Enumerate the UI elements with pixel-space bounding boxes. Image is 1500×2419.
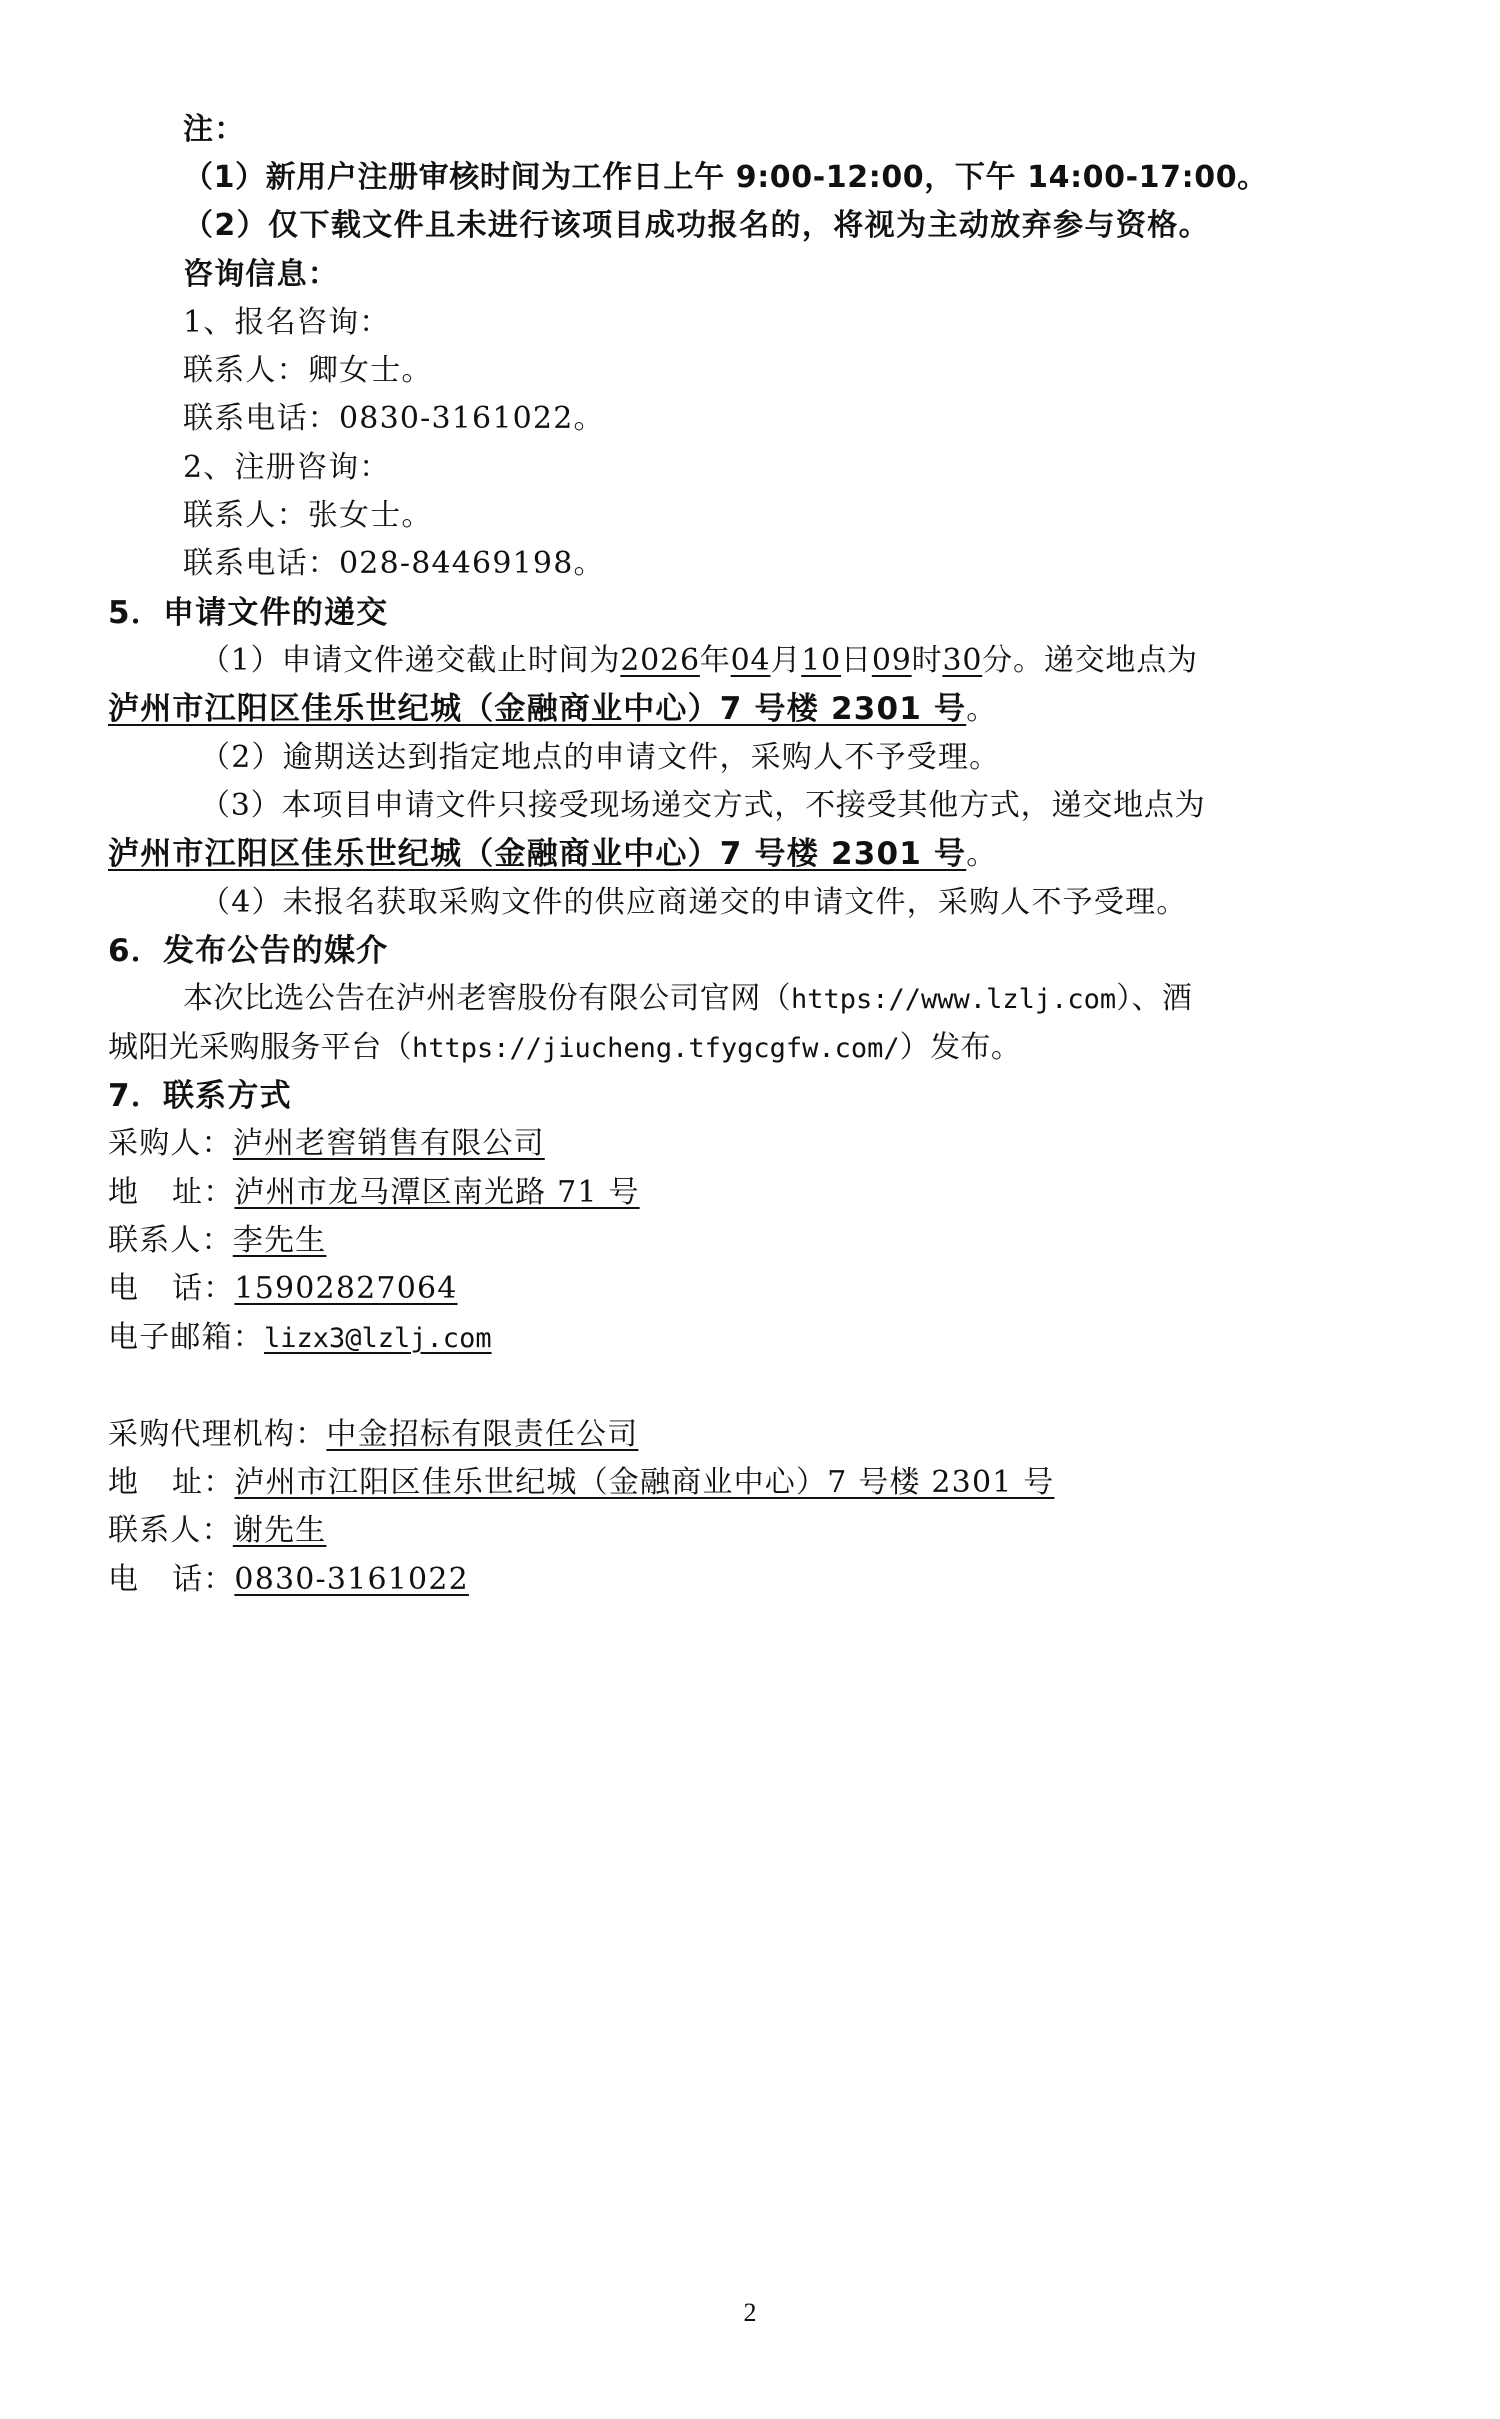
consult-group-2-phone: 联系电话：028-84469198。	[183, 542, 1480, 590]
purchaser-name: 泸州老窖销售有限公司	[233, 1126, 545, 1161]
purchaser-label: 采购人：	[108, 1126, 233, 1161]
consult-title: 咨询信息：	[183, 253, 1480, 301]
note-item-1: （1）新用户注册审核时间为工作日上午 9:00-12:00，下午 14:00-1…	[183, 156, 1480, 204]
media-text: ）发布。	[900, 1030, 1022, 1065]
year-unit: 年	[700, 643, 731, 678]
section-5-item-4: （4）未报名获取采购文件的供应商递交的申请文件，采购人不予受理。	[200, 881, 1497, 929]
phone-label: 联系电话：	[183, 401, 339, 436]
media-text: 本次比选公告在泸州老窖股份有限公司官网（	[183, 981, 791, 1016]
address-end-punct: 。	[966, 692, 997, 727]
contact-value: 卿女士。	[308, 353, 433, 388]
month-unit: 月	[770, 643, 801, 678]
purchaser-phone-row: 电话：15902827064	[108, 1267, 1405, 1315]
address-label: 地	[108, 1461, 172, 1505]
section-6-line-1: 本次比选公告在泸州老窖股份有限公司官网（https://www.lzlj.com…	[183, 977, 1480, 1025]
deadline-hour: 09	[872, 643, 912, 678]
url-lzlj[interactable]: https://www.lzlj.com	[791, 984, 1116, 1015]
media-text: ）、酒	[1116, 981, 1192, 1016]
section-5-item-1: （1）申请文件递交截止时间为2026年04月10日09时30分。递交地点为	[200, 639, 1497, 687]
deadline-year: 2026	[620, 643, 700, 678]
consult-group-1-phone: 联系电话：0830-3161022。	[183, 397, 1480, 445]
document-page: 注： （1）新用户注册审核时间为工作日上午 9:00-12:00，下午 14:0…	[0, 0, 1500, 2419]
phone-label: 电	[108, 1558, 172, 1602]
address-label: 地	[108, 1171, 172, 1215]
note-item-2: （2）仅下载文件且未进行该项目成功报名的，将视为主动放弃参与资格。	[183, 204, 1480, 252]
contact-label: 联系人：	[183, 498, 308, 533]
deadline-day: 10	[801, 643, 841, 678]
phone-label: 话：	[172, 1562, 234, 1597]
agency-phone-row: 电话：0830-3161022	[108, 1558, 1405, 1606]
agency-name-row: 采购代理机构：中金招标有限责任公司	[108, 1413, 1405, 1461]
purchaser-email-row: 电子邮箱：lizx3@lzlj.com	[108, 1316, 1405, 1364]
section-5-address-1: 泸州市江阳区佳乐世纪城（金融商业中心）7 号楼 2301 号。	[108, 687, 1405, 735]
agency-contact: 谢先生	[233, 1513, 327, 1548]
day-unit: 日	[841, 643, 872, 678]
consult-group-1-heading: 1、报名咨询：	[183, 301, 1480, 349]
deadline-prefix: （1）申请文件递交截止时间为	[200, 643, 620, 678]
section-6-line-2: 城阳光采购服务平台（https://jiucheng.tfygcgfw.com/…	[108, 1026, 1405, 1074]
purchaser-phone: 15902827064	[234, 1271, 457, 1306]
page-number: 2	[0, 2298, 1500, 2328]
agency-address: 泸州市江阳区佳乐世纪城（金融商业中心）7 号楼 2301 号	[234, 1465, 1054, 1500]
address-label: 址：	[172, 1465, 234, 1500]
phone-label: 联系电话：	[183, 546, 339, 581]
agency-label: 采购代理机构：	[108, 1417, 326, 1452]
agency-phone: 0830-3161022	[234, 1562, 469, 1597]
hour-unit: 时	[912, 643, 943, 678]
consult-group-1-contact: 联系人：卿女士。	[183, 349, 1480, 397]
submission-address: 泸州市江阳区佳乐世纪城（金融商业中心）7 号楼 2301 号	[108, 836, 966, 872]
minute-unit: 分。递交地点为	[982, 643, 1198, 678]
address-end-punct: 。	[966, 837, 997, 872]
agency-contact-row: 联系人：谢先生	[108, 1509, 1405, 1557]
contact-label: 联系人：	[108, 1223, 233, 1258]
phone-value: 0830-3161022。	[339, 401, 605, 436]
section-5-item-2: （2）逾期送达到指定地点的申请文件，采购人不予受理。	[200, 736, 1497, 784]
agency-name: 中金招标有限责任公司	[326, 1417, 638, 1452]
section-7-heading: 7．联系方式	[108, 1074, 1405, 1122]
purchaser-email[interactable]: lizx3@lzlj.com	[264, 1323, 492, 1354]
purchaser-address: 泸州市龙马潭区南光路 71 号	[234, 1175, 639, 1210]
submission-address: 泸州市江阳区佳乐世纪城（金融商业中心）7 号楼 2301 号	[108, 691, 966, 727]
section-5-heading: 5．申请文件的递交	[108, 591, 1405, 639]
contact-label: 联系人：	[183, 353, 308, 388]
consult-group-2-contact: 联系人：张女士。	[183, 494, 1480, 542]
agency-address-row: 地址：泸州市江阳区佳乐世纪城（金融商业中心）7 号楼 2301 号	[108, 1461, 1405, 1509]
purchaser-contact: 李先生	[233, 1223, 327, 1258]
section-6-heading: 6．发布公告的媒介	[108, 929, 1405, 977]
purchaser-address-row: 地址：泸州市龙马潭区南光路 71 号	[108, 1171, 1405, 1219]
deadline-minute: 30	[942, 643, 982, 678]
section-5-item-3: （3）本项目申请文件只接受现场递交方式，不接受其他方式，递交地点为	[200, 784, 1497, 832]
purchaser-name-row: 采购人：泸州老窖销售有限公司	[108, 1122, 1405, 1170]
media-text: 城阳光采购服务平台（	[108, 1030, 412, 1065]
contact-value: 张女士。	[308, 498, 433, 533]
notes-title: 注：	[183, 108, 1480, 156]
deadline-month: 04	[731, 643, 771, 678]
address-label: 址：	[172, 1175, 234, 1210]
phone-label: 电	[108, 1267, 172, 1311]
url-jiucheng[interactable]: https://jiucheng.tfygcgfw.com/	[412, 1033, 900, 1064]
email-label: 电子邮箱：	[108, 1320, 264, 1355]
consult-group-2-heading: 2、注册咨询：	[183, 446, 1480, 494]
phone-value: 028-84469198。	[339, 546, 605, 581]
purchaser-contact-row: 联系人：李先生	[108, 1219, 1405, 1267]
phone-label: 话：	[172, 1271, 234, 1306]
section-5-address-2: 泸州市江阳区佳乐世纪城（金融商业中心）7 号楼 2301 号。	[108, 832, 1405, 880]
contact-label: 联系人：	[108, 1513, 233, 1548]
